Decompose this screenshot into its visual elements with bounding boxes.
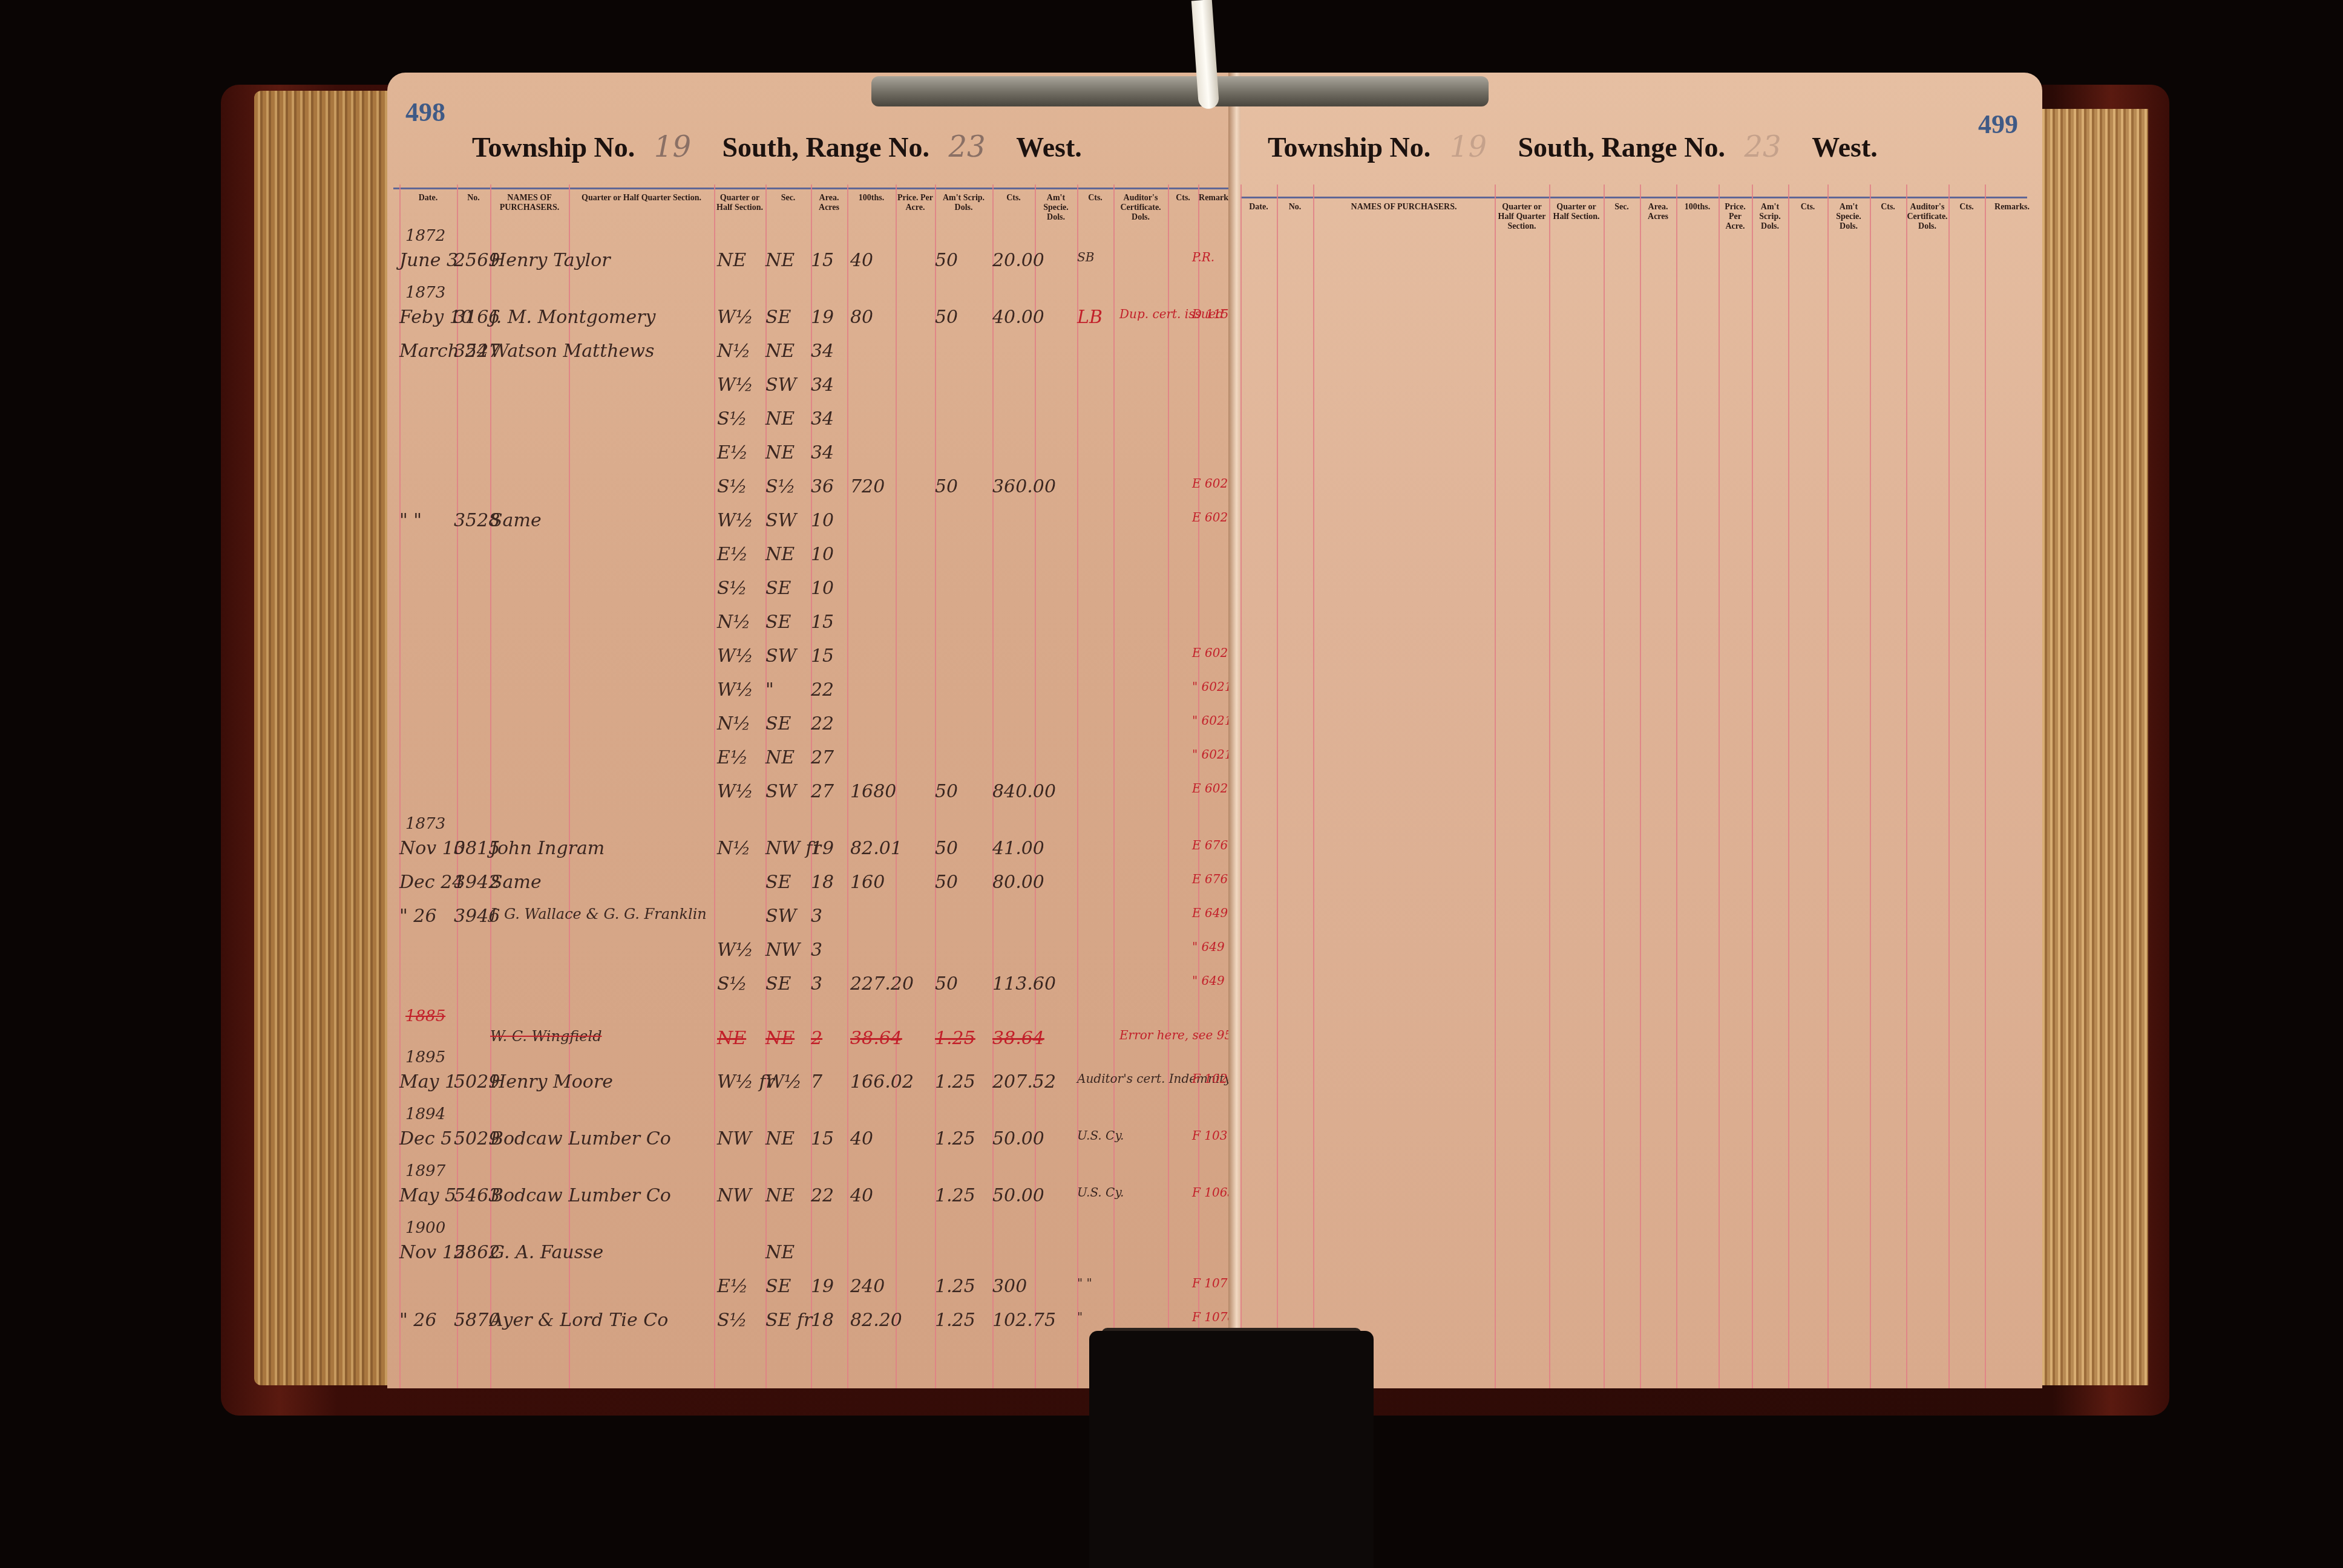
direction-label: West. [1812,132,1878,163]
entry-q: SE fr [765,1310,812,1331]
entry-q: NE [765,250,795,271]
column-header: Am't Specie. Dols. [1035,194,1077,223]
entry-date: " 26 [399,906,437,927]
column-header: Quarter or Half Quarter Section. [569,194,714,203]
page-clamp-bar [871,76,1489,106]
column-ruling [1240,185,1242,1388]
page-edges-left [254,91,393,1385]
ledger-row: W½SW34 [387,374,1231,411]
entry-sec: 7 [811,1071,822,1093]
entry-scrip: 50.00 [992,1128,1044,1149]
entry-specie: U.S. Cy. [1077,1185,1124,1200]
entry-specie: SB [1077,250,1094,264]
entry-qq: NE [717,250,746,271]
entry-price: 1.25 [935,1028,975,1049]
township-value: 19 [1450,130,1487,164]
column-ruling [1676,185,1677,1388]
entry-qq: N½ [717,838,750,859]
entry-sec: 2 [811,1028,822,1049]
entry-sec: 10 [811,544,834,565]
entry-scrip: 38.64 [992,1028,1044,1049]
entry-q: SW [765,510,796,531]
column-header: Area. Acres [1640,203,1676,222]
entry-acres: 82.20 [850,1310,902,1331]
ledger-row: S½S½3672050360.00E 6020 [387,476,1231,512]
ledger-row: E½SE192401.25300" "F 1077 [387,1276,1231,1312]
entry-qq: W½ [717,307,753,328]
column-header: Am't Scrip. Dols. [935,194,992,213]
column-header: No. [1277,203,1313,212]
entry-sec: 19 [811,1276,834,1297]
book-weight [1089,1331,1374,1568]
ledger-row: E½NE10 [387,544,1231,580]
entry-qq: E½ [717,1276,748,1297]
entry-acres: 240 [850,1276,885,1297]
column-header: Date. [1240,203,1277,212]
entry-remarks: " 6021 [1192,713,1232,728]
column-header: Remarks. [1985,203,2039,212]
entry-remarks: E 649 [1192,906,1228,920]
entry-qq: E½ [717,442,748,463]
entry-sec: 22 [811,713,834,734]
column-header: Auditor's Certificate. Dols. [1113,194,1168,223]
entry-sec: 34 [811,341,834,362]
entry-price: 50 [935,973,958,995]
entry-price: 1.25 [935,1185,975,1206]
entry-qq: S½ [717,973,747,995]
entry-date: May 1 [399,1071,456,1093]
entry-scrip: 40.00 [992,307,1044,328]
entry-scrip: 207.52 [992,1071,1056,1093]
entry-sec: 34 [811,374,834,396]
entry-sec: 27 [811,781,834,802]
entry-name: Watson Matthews [490,341,654,362]
entry-qq: NE [717,1028,746,1049]
entry-name: Henry Moore [490,1071,613,1093]
township-label: Township No. [1268,132,1430,163]
entry-qq: N½ [717,612,750,633]
entry-scrip: 360.00 [992,476,1056,497]
entry-acres: 40 [850,250,873,271]
ledger-row: Nov 103815John IngramN½NW fr1982.015041.… [387,838,1231,874]
entry-scrip: 113.60 [992,973,1056,995]
header-rule [1240,197,2027,198]
ledger-row: " 263946J. G. Wallace & G. G. FranklinSW… [387,906,1231,942]
entry-qq: S½ [717,408,747,430]
entry-qq: N½ [717,713,750,734]
entry-q: NE [765,1028,795,1049]
entry-acres: 40 [850,1128,873,1149]
column-header: Cts. [1077,194,1113,203]
entry-scrip: 102.75 [992,1310,1056,1331]
entry-sec: 22 [811,1185,834,1206]
entry-price: 1.25 [935,1276,975,1297]
column-ruling [1719,185,1720,1388]
entry-q: NE [765,442,795,463]
entry-sec: 34 [811,442,834,463]
entry-qq: E½ [717,544,748,565]
year-label: 1897 [405,1162,445,1180]
entry-name: Same [490,872,542,893]
column-header: Cts. [992,194,1035,203]
entry-q: NW [765,939,800,961]
column-header: Cts. [1788,203,1827,212]
range-value: 23 [1744,130,1781,164]
entry-acres: 166.02 [850,1071,914,1093]
ledger-row: Feby 103166J. M. MontgomeryW½SE19805040.… [387,307,1231,343]
entry-sec: 10 [811,510,834,531]
column-ruling [1640,185,1641,1388]
entry-date: Dec 5 [399,1128,452,1149]
ledger-row: W½NW3" 649 [387,939,1231,976]
column-header: No. [457,194,490,203]
entry-date: June 3 [399,250,458,271]
entry-qq: E½ [717,747,748,768]
right-page: 499 Township No. 19 South, Range No. 23 … [1240,73,2042,1388]
ledger-row: June 32569Henry TaylorNENE15405020.00SBP… [387,250,1231,286]
entry-qq: S½ [717,476,747,497]
column-header: Cts. [1948,203,1985,212]
entry-sec: 19 [811,838,834,859]
entry-scrip: 50.00 [992,1185,1044,1206]
entry-acres: 160 [850,872,885,893]
entry-q: SW [765,645,796,667]
entry-price: 1.25 [935,1128,975,1149]
column-header: Cts. [1870,203,1906,212]
page-number: 499 [1978,109,2018,140]
column-header: Quarter or Half Section. [1549,203,1604,222]
entry-q: NE [765,341,795,362]
column-header: Area. Acres [811,194,847,213]
entry-q: SE [765,872,791,893]
column-ruling [1752,185,1753,1388]
entry-price: 1.25 [935,1310,975,1331]
entry-q: NE [765,544,795,565]
entry-acres: 227.20 [850,973,914,995]
column-ruling [1495,185,1496,1388]
struck-purchaser-name: W. C. Wingfield [490,1028,602,1045]
entry-qq: W½ [717,939,753,961]
ledger-row: W½"22" 6021 [387,679,1231,716]
column-ruling [1985,185,1986,1388]
entry-price: 1.25 [935,1071,975,1093]
year-label: 1900 [405,1219,445,1237]
column-header: 100ths. [1676,203,1719,212]
entry-name: Bodcaw Lumber Co [490,1128,671,1149]
column-header: Auditor's Certificate. Dols. [1906,203,1948,232]
ledger-row: E½NE34 [387,442,1231,479]
entry-name: Bodcaw Lumber Co [490,1185,671,1206]
entry-name: G. A. Fausse [490,1242,603,1263]
entry-qq: W½ [717,510,753,531]
entry-sec: 15 [811,250,834,271]
ledger-row: S½NE34 [387,408,1231,445]
entry-q: SE [765,578,791,599]
direction-label: West. [1016,132,1082,163]
entry-date: May 5 [399,1185,456,1206]
entry-q: SE [765,713,791,734]
column-header: Am't Scrip. Dols. [1752,203,1788,232]
entry-sec: 19 [811,307,834,328]
entry-name: J. M. Montgomery [490,307,655,328]
entry-specie-red: LB [1077,307,1103,328]
ledger-row: Nov 125862G. A. FausseNE [387,1242,1231,1278]
column-ruling [1277,185,1278,1388]
entry-remarks: P.R. [1192,250,1214,264]
entry-qq: W½ [717,679,753,701]
ledger-row: N½SE15 [387,612,1231,648]
entry-qq: NW [717,1128,752,1149]
range-value: 23 [948,130,985,164]
entry-remarks: " 6021 [1192,679,1232,694]
ledger-row: 1885W. C. WingfieldNENE238.641.2538.64Er… [387,1007,1231,1044]
year-label: 1895 [405,1048,445,1067]
entry-date: " 26 [399,1310,437,1331]
ledger-row: May 15029Henry MooreW½ frW½7166.021.2520… [387,1071,1231,1108]
entry-q: NE [765,1185,795,1206]
column-header: Sec. [1604,203,1640,212]
entry-acres: 720 [850,476,885,497]
entry-price: 50 [935,476,958,497]
year-label: 1885 [405,1007,445,1025]
entry-acres: 1680 [850,781,896,802]
entry-remarks: " 6021 [1192,747,1232,762]
ledger-row: W½SW27168050840.00E 6021 [387,781,1231,817]
entry-name: John Ingram [490,838,605,859]
entry-sec: 34 [811,408,834,430]
entry-sec: 15 [811,1128,834,1149]
entry-price: 50 [935,307,958,328]
page-title: Township No. 19 South, Range No. 23 West… [472,130,1082,164]
entry-sec: 3 [811,973,822,995]
column-header: NAMES OF PURCHASERS. [1313,203,1495,212]
column-ruling [1313,185,1314,1388]
entry-qq: W½ [717,374,753,396]
ledger-row: Dec 243942SameSE181605080.00E 6767 [387,872,1231,908]
column-ruling [1906,185,1907,1388]
left-page: 498 Township No. 19 South, Range No. 23 … [387,73,1231,1388]
entry-name: Ayer & Lord Tie Co [490,1310,668,1331]
entry-name: Henry Taylor [490,250,611,271]
ledger-row: " "3528SameW½SW10E 6021 [387,510,1231,546]
entry-price: 50 [935,781,958,802]
entry-qq: W½ [717,645,753,667]
column-header: Price. Per Acre. [1719,203,1752,232]
entry-sec: 3 [811,939,822,961]
entry-name: J. G. Wallace & G. G. Franklin [490,906,707,923]
entry-sec: 36 [811,476,834,497]
entry-q: NE [765,747,795,768]
entry-q: S½ [765,476,796,497]
ledger-row: March 243527Watson MatthewsN½NE34 [387,341,1231,377]
entry-scrip: 300 [992,1276,1027,1297]
column-header: Cts. [1168,194,1198,203]
range-label: South, Range No. [722,132,929,163]
year-label: 1873 [405,815,445,833]
page-edges-right [2039,109,2148,1385]
column-ruling [1948,185,1950,1388]
entry-scrip: 840.00 [992,781,1056,802]
entry-q: " [765,679,774,701]
column-ruling [1788,185,1789,1388]
entry-sec: 18 [811,872,834,893]
column-header: 100ths. [847,194,896,203]
entry-sec: 10 [811,578,834,599]
entry-sec: 18 [811,1310,834,1331]
entry-acres: 80 [850,307,873,328]
entry-remarks: " 649 [1192,973,1225,988]
entry-q: NE [765,1128,795,1149]
entry-sec: 3 [811,906,822,927]
entry-sec: 15 [811,612,834,633]
entry-scrip: 80.00 [992,872,1044,893]
ledger-row: S½SE3227.2050113.60" 649 [387,973,1231,1010]
entry-qq: NW [717,1185,752,1206]
entry-q: SE [765,307,791,328]
entry-name: Same [490,510,542,531]
year-label: 1894 [405,1105,445,1123]
entry-q: NE [765,1242,795,1263]
entry-q: SE [765,612,791,633]
entry-remarks: " 649 [1192,939,1225,954]
entry-sec: 22 [811,679,834,701]
entry-q: W½ [765,1071,802,1093]
township-label: Township No. [472,132,635,163]
entry-q: SW [765,781,796,802]
page-title: Township No. 19 South, Range No. 23 West… [1268,130,1878,164]
entry-date: " " [399,510,422,531]
column-header: Am't Specie. Dols. [1827,203,1870,232]
entry-sec: 15 [811,645,834,667]
entry-q: SW [765,906,796,927]
ledger-row: E½NE27" 6021 [387,747,1231,783]
column-ruling [1870,185,1871,1388]
column-header: Quarter or Half Quarter Section. [1495,203,1549,232]
entry-q: NE [765,408,795,430]
column-ruling [1604,185,1605,1388]
column-header: Date. [399,194,457,203]
entry-sec: 27 [811,747,834,768]
entry-acres: 38.64 [850,1028,902,1049]
ledger-row: Dec 55029Bodcaw Lumber CoNWNE15401.2550.… [387,1128,1231,1165]
entry-acres: 82.01 [850,838,902,859]
entry-qq: N½ [717,341,750,362]
entry-q: SW [765,374,796,396]
entry-price: 50 [935,872,958,893]
entry-scrip: 20.00 [992,250,1044,271]
entry-specie: " " [1077,1276,1092,1290]
township-value: 19 [654,130,691,164]
column-header: Price. Per Acre. [896,194,935,213]
page-number: 498 [405,97,445,128]
entry-q: SE [765,973,791,995]
header-rule [393,188,1231,189]
column-ruling [1549,185,1550,1388]
entry-qq: W½ [717,781,753,802]
year-label: 1873 [405,284,445,302]
ledger-row: N½SE22" 6021 [387,713,1231,750]
entry-acres: 40 [850,1185,873,1206]
column-header: Quarter or Half Section. [714,194,765,213]
column-ruling [1827,185,1829,1388]
entry-specie: " [1077,1310,1083,1324]
entry-price: 50 [935,250,958,271]
entry-specie: U.S. Cy. [1077,1128,1124,1143]
ledger-row: W½SW15E 6021 [387,645,1231,682]
year-label: 1872 [405,227,445,245]
column-header: Sec. [765,194,811,203]
entry-qq: S½ [717,1310,747,1331]
entry-q: SE [765,1276,791,1297]
entry-qq: S½ [717,578,747,599]
entry-scrip: 41.00 [992,838,1044,859]
range-label: South, Range No. [1518,132,1725,163]
entry-price: 50 [935,838,958,859]
ledger-row: May 55463Bodcaw Lumber CoNWNE22401.2550.… [387,1185,1231,1221]
ledger-row: S½SE10 [387,578,1231,614]
column-header: NAMES OF PURCHASERS. [490,194,569,213]
